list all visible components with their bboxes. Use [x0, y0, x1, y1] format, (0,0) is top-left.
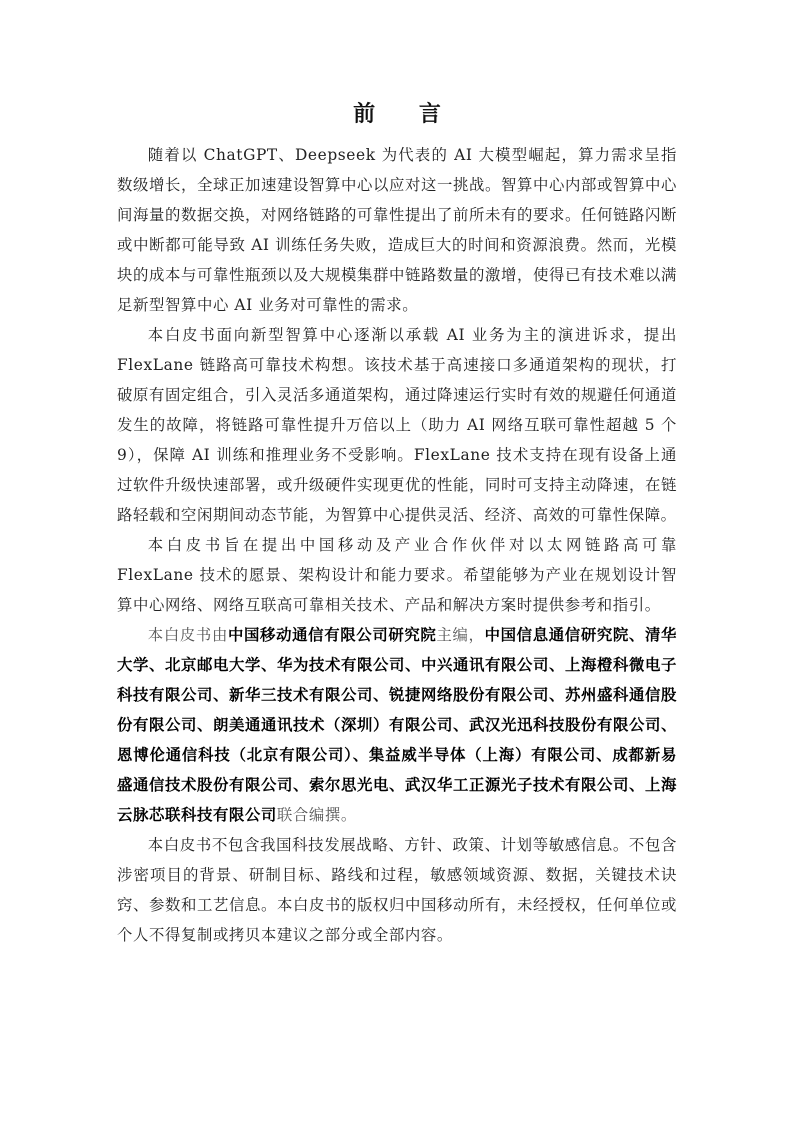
paragraph-background: 随着以 ChatGPT、Deepseek 为代表的 AI 大模型崛起，算力需求呈…: [117, 140, 677, 320]
authors-intro: 本白皮书由: [148, 626, 228, 644]
paragraph-purpose: 本白皮书旨在提出中国移动及产业合作伙伴对以太网链路高可靠 FlexLane 技术…: [117, 530, 677, 620]
document-page: 前 言 随着以 ChatGPT、Deepseek 为代表的 AI 大模型崛起，算…: [117, 98, 677, 950]
paragraph-authors: 本白皮书由中国移动通信有限公司研究院主编，中国信息通信研究院、清华大学、北京邮电…: [117, 620, 677, 830]
paragraph-disclaimer: 本白皮书不包含我国科技发展战略、方针、政策、计划等敏感信息。不包含涉密项目的背景…: [117, 830, 677, 950]
lead-editor: 中国移动通信有限公司研究院: [228, 626, 436, 644]
page-title: 前 言: [135, 98, 677, 132]
paragraph-text: 本白皮书不包含我国科技发展战略、方针、政策、计划等敏感信息。不包含涉密项目的背景…: [117, 836, 677, 944]
paragraph-text: 本白皮书面向新型智算中心逐渐以承载 AI 业务为主的演进诉求，提出 FlexLa…: [117, 326, 677, 524]
paragraph-flexlane-overview: 本白皮书面向新型智算中心逐渐以承载 AI 业务为主的演进诉求，提出 FlexLa…: [117, 320, 677, 530]
paragraph-text: 本白皮书旨在提出中国移动及产业合作伙伴对以太网链路高可靠 FlexLane 技术…: [117, 536, 677, 614]
co-authors-list: 中国信息通信研究院、清华大学、北京邮电大学、华为技术有限公司、中兴通讯有限公司、…: [117, 626, 677, 824]
co-authors-suffix: 联合编撰。: [277, 806, 357, 824]
lead-editor-suffix: 主编，: [436, 626, 484, 644]
paragraph-text: 随着以 ChatGPT、Deepseek 为代表的 AI 大模型崛起，算力需求呈…: [117, 146, 677, 314]
